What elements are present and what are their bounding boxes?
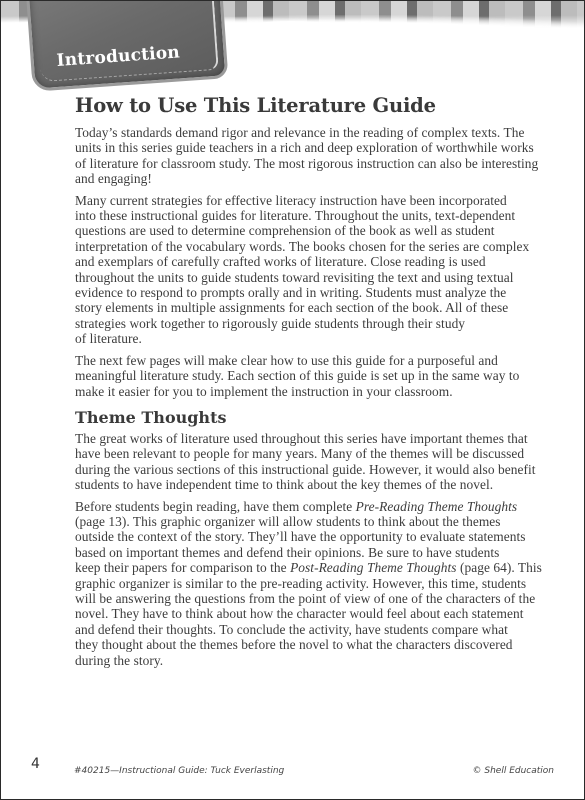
text-line: Today’s standards demand rigor and relev… [75, 125, 555, 140]
paragraph-pre-reading: Before students begin reading, have them… [75, 499, 555, 668]
text-line: will be answering the questions from the… [75, 591, 555, 606]
paragraph-themes: The great works of literature used throu… [75, 431, 555, 493]
text-span: Before students begin reading, have them… [75, 499, 356, 514]
text-line: and engaging! [75, 171, 555, 186]
text-line: story elements in multiple assignments f… [75, 300, 555, 315]
text-line: interpretation of the vocabulary words. … [75, 239, 555, 254]
text-line: Many current strategies for effective li… [75, 193, 555, 208]
text-line: into these instructional guides for lite… [75, 208, 555, 223]
header-cloud-decoration [451, 27, 585, 51]
italic-title-post-reading: Post-Reading Theme Thoughts [290, 560, 457, 575]
paragraph-next-pages: The next few pages will make clear how t… [75, 353, 555, 399]
text-line: throughout the units to guide students t… [75, 270, 555, 285]
text-line: questions are used to determine comprehe… [75, 223, 555, 238]
text-line: The great works of literature used throu… [75, 431, 555, 446]
footer-copyright: © Shell Education [473, 766, 554, 776]
text-line: (page 13). This graphic organizer will a… [75, 514, 555, 529]
text-line: graphic organizer is similar to the pre-… [75, 576, 555, 591]
paragraph-intro: Today’s standards demand rigor and relev… [75, 125, 555, 187]
text-line: they thought about the themes before the… [75, 637, 555, 652]
text-span: (page 64). This [457, 560, 542, 575]
text-line: and exemplars of carefully crafted works… [75, 254, 555, 269]
text-line: outside the context of the story. They’l… [75, 529, 555, 544]
page-number: 4 [31, 756, 40, 772]
text-line: The next few pages will make clear how t… [75, 353, 555, 368]
text-line: based on important themes and defend the… [75, 545, 555, 560]
text-line: of literature. [75, 331, 555, 346]
italic-title-pre-reading: Pre-Reading Theme Thoughts [356, 499, 517, 514]
text-line: and defend their thoughts. To conclude t… [75, 622, 555, 637]
text-line: evidence to respond to prompts orally an… [75, 285, 555, 300]
document-page: Introduction How to Use This Literature … [0, 0, 585, 800]
text-line: of literature for classroom study. The m… [75, 156, 555, 171]
text-line: units in this series guide teachers in a… [75, 140, 555, 155]
text-line: keep their papers for comparison to the … [75, 560, 555, 575]
section-title-how-to-use: How to Use This Literature Guide [75, 93, 555, 119]
paragraph-strategies: Many current strategies for effective li… [75, 193, 555, 347]
text-line: during the story. [75, 653, 555, 668]
text-line: during the various sections of this inst… [75, 462, 555, 477]
text-line: have been relevant to people for many ye… [75, 446, 555, 461]
text-line: meaningful literature study. Each sectio… [75, 368, 555, 383]
text-line: strategies work together to rigorously g… [75, 316, 555, 331]
text-line: Before students begin reading, have them… [75, 499, 555, 514]
main-content: How to Use This Literature Guide Today’s… [75, 93, 555, 674]
text-line: novel. They have to think about how the … [75, 606, 555, 621]
footer-book-title: #40215—Instructional Guide: Tuck Everlas… [74, 766, 284, 776]
text-line: students to have independent time to thi… [75, 477, 555, 492]
section-title-theme-thoughts: Theme Thoughts [75, 407, 555, 429]
text-span: keep their papers for comparison to the [75, 560, 290, 575]
text-line: make it easier for you to implement the … [75, 384, 555, 399]
